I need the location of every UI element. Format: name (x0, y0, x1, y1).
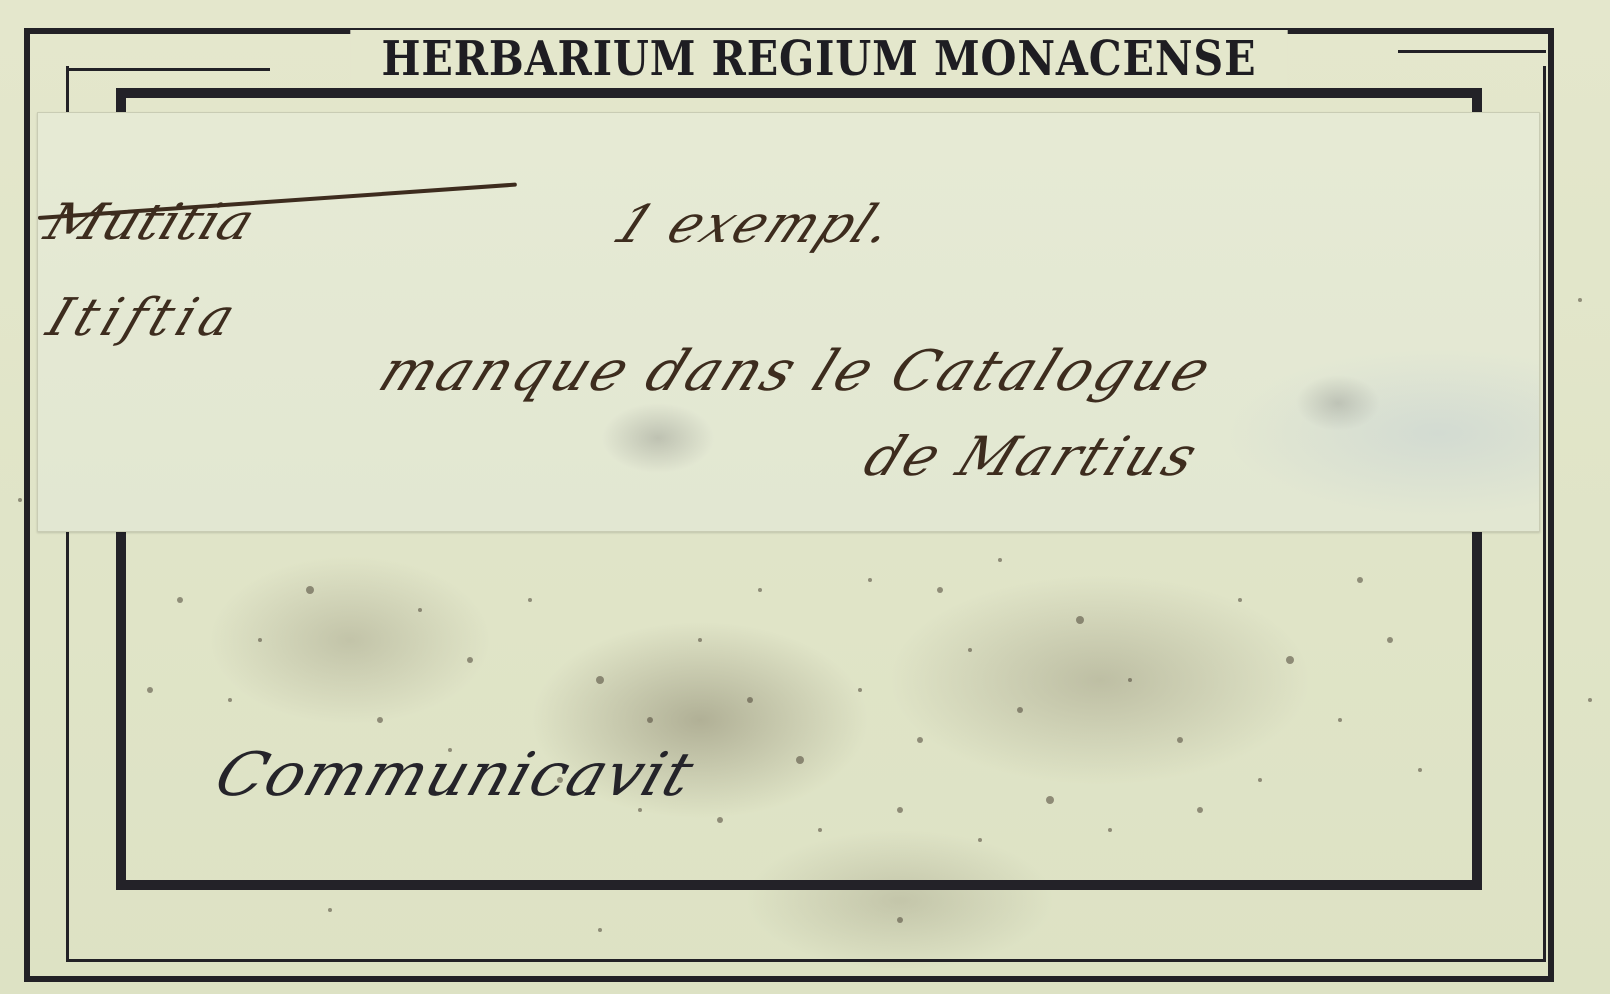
middle-border-top-left (66, 68, 270, 71)
communicavit-field-label: Communicavit (207, 740, 703, 810)
herbarium-sheet: HERBARIUM REGIUM MONACENSE Mutitia Itift… (0, 0, 1610, 994)
pasted-note-slip: Mutitia Itiftia 1 exempl. manque dans le… (37, 112, 1540, 532)
note-specimen-count: 1 exempl. (604, 195, 906, 255)
note-catalogue-remark: manque dans le Catalogue (370, 339, 1223, 404)
middle-border-top-right (1398, 50, 1546, 53)
note-catalogue-author: de Martius (855, 425, 1209, 488)
corrected-genus-name: Itiftia (39, 288, 249, 348)
header-title: HERBARIUM REGIUM MONACENSE (350, 30, 1287, 88)
